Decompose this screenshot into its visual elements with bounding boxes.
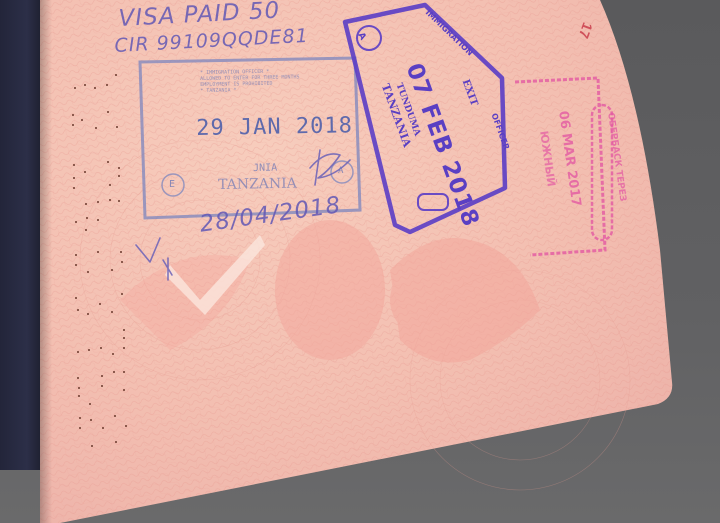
- entry-stamp-badge-a: A: [338, 166, 343, 176]
- entry-stamp-country: TANZANIA: [218, 176, 297, 193]
- entry-stamp-badge-e: E: [169, 179, 175, 190]
- entry-stamp-port: JNIA: [253, 163, 277, 174]
- passport-photo: VISA PAID 50 CIR 99109QQDE81 28/04/2018 …: [0, 0, 720, 523]
- entry-stamp-date: 29 JAN 2018: [196, 113, 353, 141]
- passport-page-art: [0, 0, 720, 523]
- entry-stamp-header: * IMMIGRATION OFFICER * ALLOWED TO ENTER…: [200, 68, 300, 94]
